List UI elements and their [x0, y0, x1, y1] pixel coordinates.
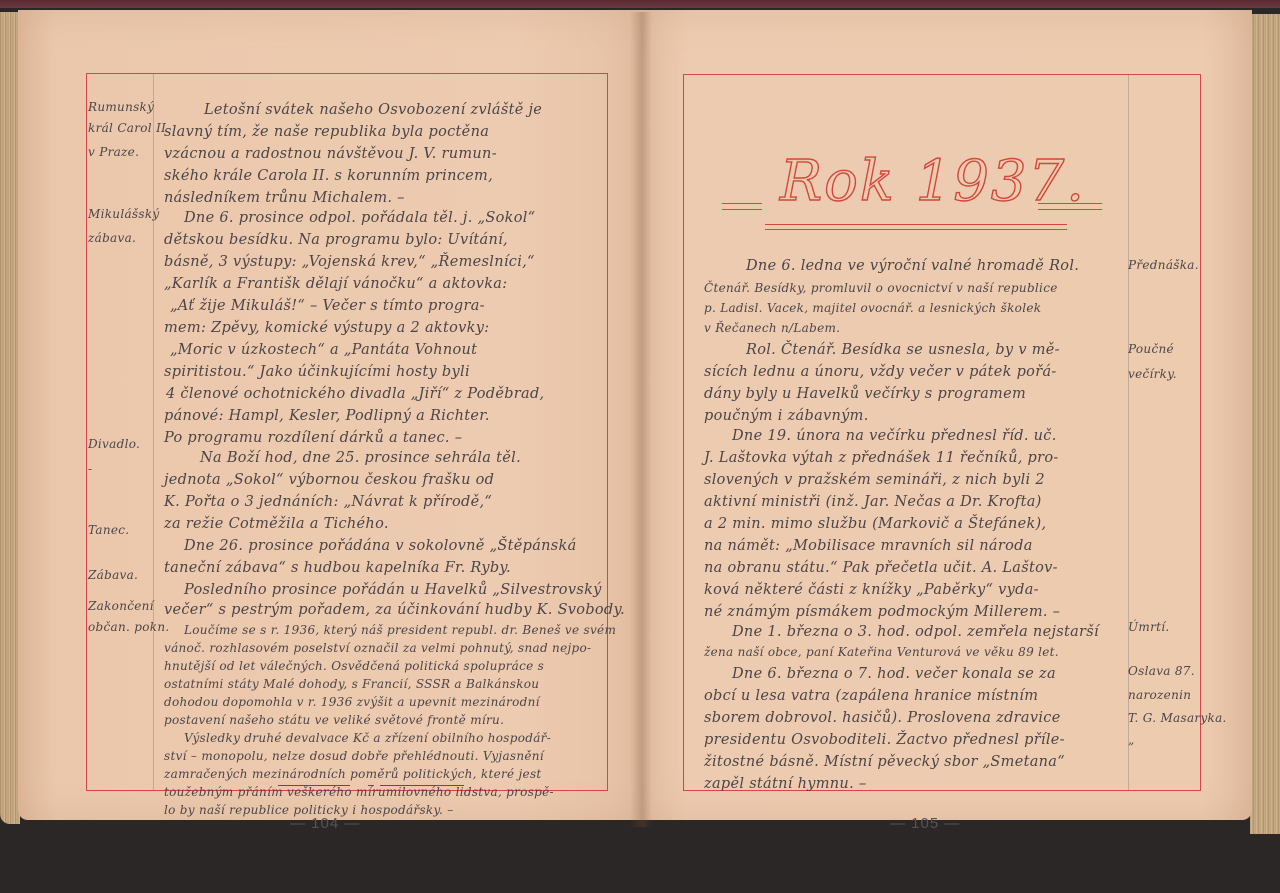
- margin-note: -: [88, 462, 92, 477]
- handwritten-line: Na Boží hod, dne 25. prosince sehrála tě…: [200, 448, 521, 468]
- handwritten-line: žitostné básně. Místní pěvecký sbor „Sme…: [704, 752, 1065, 772]
- handwritten-line: poučným i zábavným.: [704, 406, 869, 426]
- handwritten-line: taneční zábava“ s hudbou kapelníka Fr. R…: [164, 558, 511, 578]
- handwritten-line: J. Laštovka výtah z přednášek 11 řečníků…: [704, 448, 1059, 468]
- handwritten-line: následníkem trůnu Michalem. –: [164, 188, 405, 208]
- handwritten-line: dětskou besídku. Na programu bylo: Uvítá…: [164, 230, 508, 250]
- handwritten-line: spiritistou.“ Jako účinkujícími hosty by…: [164, 362, 470, 382]
- scanned-book-spread: Rumunskýkrál Carol IIv Praze.Mikulášskýz…: [0, 0, 1280, 893]
- handwritten-line: jednota „Sokol“ výbornou českou frašku o…: [164, 470, 494, 490]
- year-heading: Rok 1937.: [720, 145, 1180, 230]
- handwritten-line: postavení našeho státu ve veliké světové…: [164, 710, 504, 730]
- handwritten-line: na námět: „Mobilisace mravních sil národ…: [704, 536, 1033, 556]
- handwritten-line: Rol. Čtenář. Besídka se usnesla, by v mě…: [746, 340, 1060, 360]
- handwritten-line: Dne 19. února na večírku přednesl říd. u…: [732, 426, 1057, 446]
- handwritten-line: vánoč. rozhlasovém poselství označil za …: [164, 638, 591, 658]
- page-number-left: — 104 —: [290, 815, 360, 832]
- handwritten-line: presidentu Osvoboditeli. Žactvo přednesl…: [704, 730, 1065, 750]
- margin-note: T. G. Masaryka.: [1128, 711, 1227, 726]
- margin-note: Zakončení: [88, 599, 154, 614]
- handwritten-line: Dne 6. března o 7. hod. večer konala se …: [732, 664, 1056, 684]
- heading-dash-left: [722, 203, 762, 210]
- handwritten-line: Výsledky druhé devalvace Kč a zřízení ob…: [184, 728, 551, 748]
- handwritten-line: dohodou dopomohla v r. 1936 zvýšit a upe…: [164, 692, 540, 712]
- margin-note: Divadlo.: [88, 437, 140, 452]
- margin-note: Oslava 87.: [1128, 664, 1195, 679]
- margin-note: občan. pokn.: [88, 620, 169, 635]
- margin-note: Tanec.: [88, 523, 129, 538]
- handwritten-line: mem: Zpěvy, komické výstupy a 2 aktovky:: [164, 318, 489, 338]
- right-page-stack-edge: [1250, 14, 1280, 834]
- margin-note: Úmrtí.: [1128, 620, 1170, 635]
- handwritten-line: „Karlík a Františk dělají vánočku“ a akt…: [164, 274, 507, 294]
- handwritten-line: ství – monopolu, nelze dosud dobře přehl…: [164, 746, 544, 766]
- handwritten-line: večer“ s pestrým pořadem, za účinkování …: [164, 600, 625, 620]
- handwritten-line: v Řečanech n/Labem.: [704, 318, 840, 338]
- handwritten-line: Dne 6. ledna ve výroční valné hromadě Ro…: [746, 256, 1079, 276]
- handwritten-line: K. Pořta o 3 jednáních: „Návrat k přírod…: [164, 492, 492, 512]
- handwritten-line: Čtenář. Besídky, promluvil o ovocnictví …: [704, 278, 1058, 298]
- handwritten-line: Loučíme se s r. 1936, který náš presiden…: [184, 620, 616, 640]
- margin-note: zábava.: [88, 231, 136, 246]
- handwritten-line: Po programu rozdílení dárků a tanec. –: [164, 428, 462, 448]
- margin-note: „: [1128, 733, 1135, 748]
- handwritten-line: hnutější od let válečných. Osvědčená pol…: [164, 656, 544, 676]
- margin-note: král Carol II: [88, 121, 166, 136]
- handwritten-line: pánové: Hampl, Kesler, Podlipný a Richte…: [164, 406, 490, 426]
- handwritten-line: ková některé části z knížky „Paběrky“ vy…: [704, 580, 1039, 600]
- book-gutter: [630, 12, 652, 827]
- end-rule-left-segment: [278, 785, 350, 786]
- handwritten-line: za režie Cotměžila a Tichého.: [164, 514, 389, 534]
- margin-note: narozenin: [1128, 688, 1191, 703]
- margin-note: večírky.: [1128, 367, 1177, 382]
- handwritten-line: aktivní ministři (inž. Jar. Nečas a Dr. …: [704, 492, 1042, 512]
- handwritten-line: „Ať žije Mikuláš!“ – Večer s tímto progr…: [170, 296, 485, 316]
- margin-note: Zábava.: [88, 568, 138, 583]
- handwritten-line: sících lednu a únoru, vždy večer v pátek…: [704, 362, 1057, 382]
- handwritten-line: Letošní svátek našeho Osvobození zvláště…: [204, 100, 542, 120]
- handwritten-line: né známým písmákem podmockým Millerem. –: [704, 602, 1060, 622]
- left-margin-rule: [153, 74, 154, 790]
- margin-note: Rumunský: [88, 100, 154, 115]
- margin-note: v Praze.: [88, 145, 139, 160]
- heading-dash-right: [1038, 203, 1102, 210]
- handwritten-line: Dne 26. prosince pořádána v sokolovně „Š…: [184, 536, 577, 556]
- handwritten-line: slovených v pražském semináři, z nich by…: [704, 470, 1045, 490]
- handwritten-line: ostatními státy Malé dohody, s Francií, …: [164, 674, 539, 694]
- handwritten-line: básně, 3 výstupy: „Vojenská krev,“ „Řeme…: [164, 252, 535, 272]
- margin-note: Přednáška.: [1128, 258, 1199, 273]
- handwritten-line: zamračených mezinárodních poměrů politic…: [164, 764, 542, 784]
- handwritten-line: slavný tím, že naše republika byla poctě…: [164, 122, 489, 142]
- handwritten-line: ského krále Carola II. s korunním prince…: [164, 166, 493, 186]
- handwritten-line: toužebným přáním veškerého mírumilovného…: [164, 782, 554, 802]
- handwritten-line: žena naší obce, paní Kateřina Venturová …: [704, 642, 1059, 662]
- handwritten-line: vzácnou a radostnou návštěvou J. V. rumu…: [164, 144, 497, 164]
- handwritten-line: a 2 min. mimo službu (Markovič a Štefáne…: [704, 514, 1046, 534]
- handwritten-line: Dne 1. března o 3. hod. odpol. zemřela n…: [732, 622, 1099, 642]
- handwritten-line: p. Ladisl. Vacek, majitel ovocnář. a les…: [704, 298, 1041, 318]
- margin-note: Poučné: [1128, 342, 1174, 357]
- page-number-right: — 105 —: [890, 815, 960, 832]
- handwritten-line: zapěl státní hymnu. –: [704, 774, 866, 794]
- end-rule-right-segment: [380, 785, 464, 786]
- handwritten-line: Dne 6. prosince odpol. pořádala těl. j. …: [184, 208, 535, 228]
- handwritten-line: 4 členové ochotnického divadla „Jiří“ z …: [166, 384, 544, 404]
- handwritten-line: „Moric v úzkostech“ a „Pantáta Vohnout: [170, 340, 477, 360]
- handwritten-line: sborem dobrovol. hasičů). Proslovena zdr…: [704, 708, 1061, 728]
- handwritten-line: obcí u lesa vatra (zapálena hranice míst…: [704, 686, 1038, 706]
- end-rule-dot: [368, 785, 374, 786]
- left-page-stack-edge: [0, 12, 20, 824]
- margin-note: Mikulášský: [88, 207, 159, 222]
- handwritten-line: na obranu státu.“ Pak přečetla učit. A. …: [704, 558, 1058, 578]
- handwritten-line: dány byly u Havelků večírky s programem: [704, 384, 1026, 404]
- heading-underline: [765, 224, 1067, 230]
- handwritten-line: Posledního prosince pořádán u Havelků „S…: [184, 580, 602, 600]
